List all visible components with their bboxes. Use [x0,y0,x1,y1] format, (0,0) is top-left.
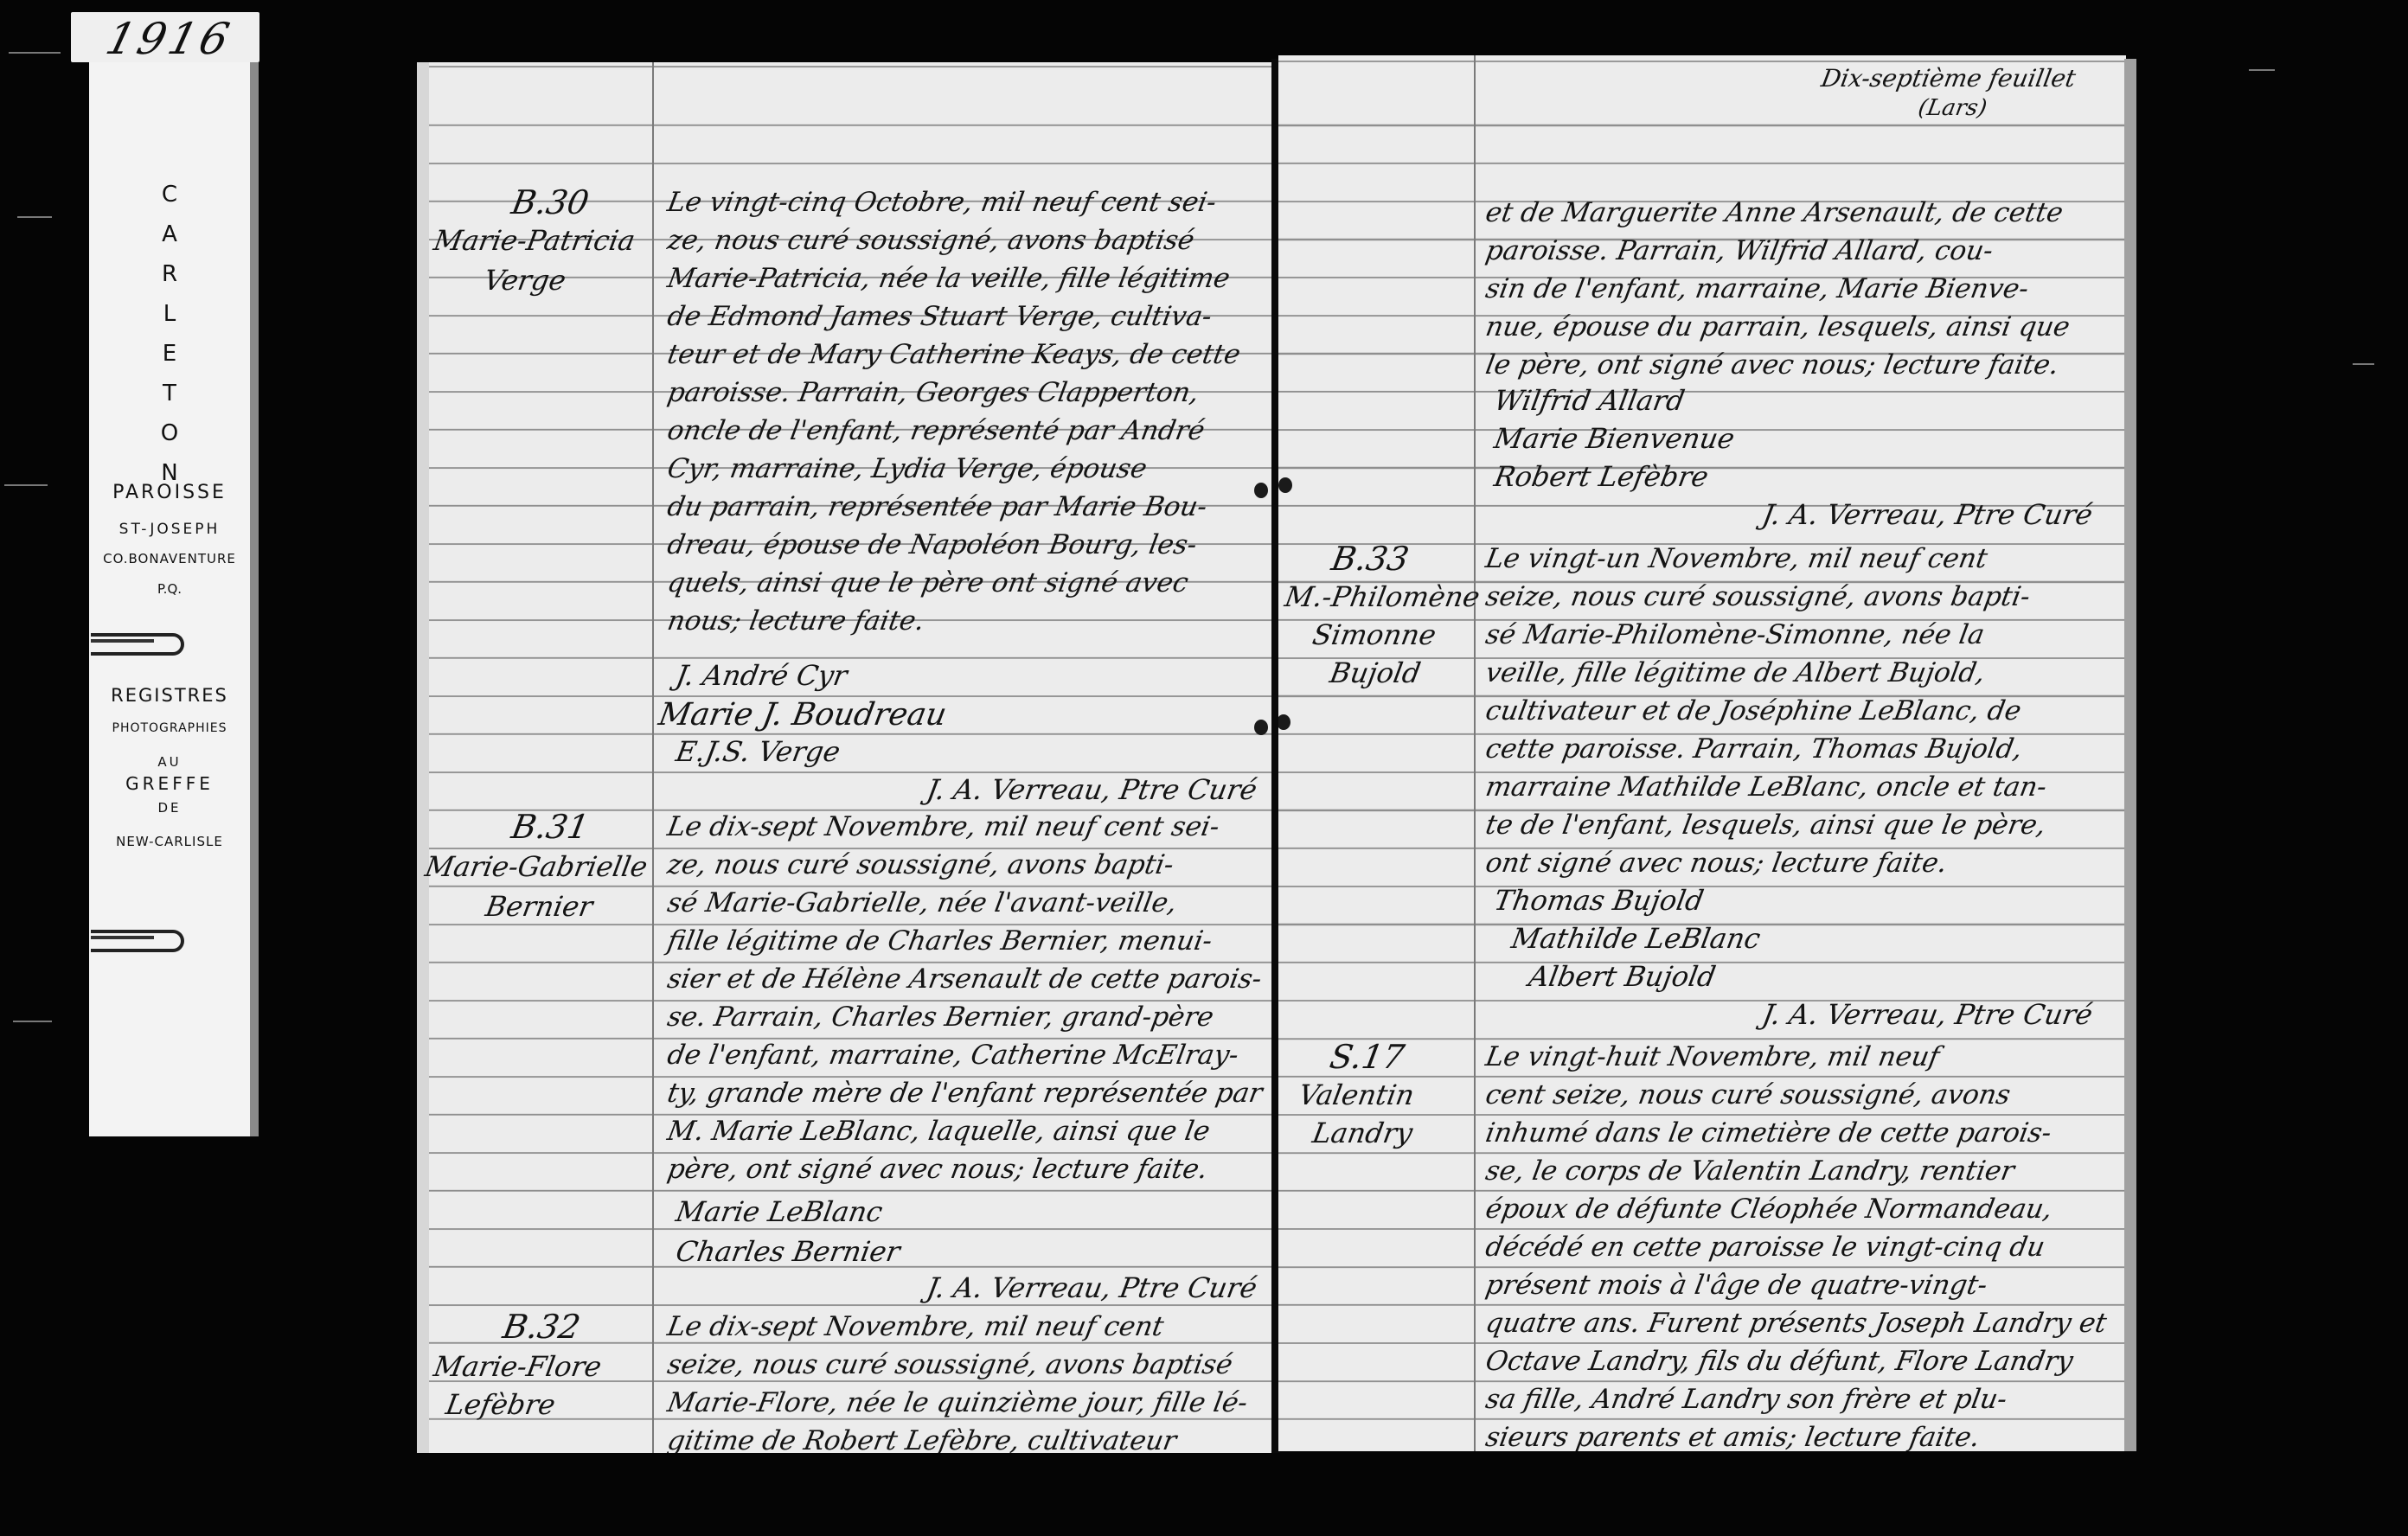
priest-signature: J. A. Verreau, Ptre Curé [925,773,1260,806]
register-text-line: Le vingt-huit Novembre, mil neuf [1483,1038,1942,1076]
signature: Charles Bernier [674,1235,903,1268]
margin-name: Marie-Patricia [431,221,638,259]
register-text-line: paroisse. Parrain, Georges Clapperton, [664,374,1201,412]
register-text-line: ty, grande mère de l'enfant représentée … [664,1074,1265,1112]
register-text-line: cette paroisse. Parrain, Thomas Bujold, [1483,730,2025,768]
register-text-line: ze, nous curé soussigné, avons baptisé [664,221,1197,259]
register-text-line: te de l'enfant, lesquels, ainsi que le p… [1483,806,2049,844]
vertical-letter: E [89,334,250,374]
register-text-line: seize, nous curé soussigné, avons baptis… [664,1346,1235,1384]
register-text-line: se. Parrain, Charles Bernier, grand-père [664,998,1216,1036]
paper-clip-icon [91,633,184,656]
film-scratch [17,216,52,218]
margin-rule [1474,55,1476,1451]
register-text-line: marraine Mathilde LeBlanc, oncle et tan- [1483,768,2050,806]
register-text-line: quels, ainsi que le père ont signé avec [664,564,1191,602]
signature: Marie J. Boudreau [656,697,949,733]
margin-name: Simonne [1310,616,1439,654]
register-text-line: Le vingt-cinq Octobre, mil neuf cent sei… [664,183,1220,221]
register-text-line: fille légitime de Charles Bernier, menui… [664,922,1215,960]
vertical-letter: L [89,294,250,334]
signature: Robert Lefèbre [1492,460,1711,493]
margin-name: Lefèbre [443,1386,558,1424]
priest-signature: J. A. Verreau, Ptre Curé [1760,498,2096,531]
archive-label-strip: CARLETON PAROISSE ST-JOSEPH CO.BONAVENTU… [89,62,259,1136]
entry-id: S.17 [1327,1038,1407,1076]
register-text-line: père, ont signé avec nous; lecture faite… [664,1150,1211,1188]
folio-note: Dix-septième feuillet [1819,64,2078,93]
signature: Albert Bujold [1527,960,1719,993]
registry-line-1: REGISTRES [89,685,250,706]
entry-id: B.32 [500,1308,583,1346]
ink-blot [1278,714,1290,730]
register-text-line: Marie-Patricia, née la veille, fille lég… [664,259,1233,298]
register-text-line: veille, fille légitime de Albert Bujold, [1483,654,1988,692]
paper-clip-icon [91,930,184,952]
margin-name: Bujold [1327,654,1424,692]
register-text-line: ont signé avec nous; lecture faite. [1483,844,1950,882]
film-scratch [4,484,48,486]
register-text-line: nue, épouse du parrain, lesquels, ainsi … [1483,308,2072,346]
entry-id: B.30 [509,183,592,221]
year-tag: 1916 [71,12,259,62]
register-text-line: paroisse. Parrain, Wilfrid Allard, cou- [1483,232,1996,270]
registry-line-5: DE [89,800,250,816]
signature: Thomas Bujold [1492,884,1707,917]
vertical-letter: C [89,175,250,214]
film-scratch [2353,363,2374,365]
film-scratch [2249,69,2275,71]
register-text-line: nous; lecture faite. [664,602,927,640]
county-name: CO.BONAVENTURE [89,551,250,566]
register-text-line: inhumé dans le cimetière de cette parois… [1483,1114,2054,1152]
ink-blot [1278,477,1292,493]
folio-note-sub: (Lars) [1916,95,1989,121]
signature: Marie Bienvenue [1492,422,1738,455]
priest-signature: J. A. Verreau, Ptre Curé [1760,998,2096,1031]
register-text-line: sieurs parents et amis; lecture faite. [1483,1418,1982,1451]
register-text-line: cent seize, nous curé soussigné, avons [1483,1076,2014,1114]
register-text-line: du parrain, représentée par Marie Bou- [664,488,1210,526]
signature: Mathilde LeBlanc [1509,922,1764,955]
register-text-line: Octave Landry, fils du défunt, Flore Lan… [1483,1342,2076,1380]
register-page-left: B.30 Marie-Patricia Verge J. André Cyr M… [417,62,1271,1453]
register-text-line: seize, nous curé soussigné, avons bapti- [1483,578,2033,616]
registry-line-4: GREFFE [89,773,250,794]
province-abbrev: P.Q. [89,581,250,597]
register-text-line: sin de l'enfant, marraine, Marie Bienve- [1483,270,2032,308]
register-text-line: et de Marguerite Anne Arsenault, de cett… [1483,194,2066,232]
register-text-line: le père, ont signé avec nous; lecture fa… [1483,346,2062,384]
register-text-line: sa fille, André Landry son frère et plu- [1483,1380,2010,1418]
register-text-line: cultivateur et de Joséphine LeBlanc, de [1483,692,2024,730]
ink-blot [1254,720,1268,735]
year-label: 1916 [101,14,238,64]
register-text-line: sier et de Hélène Arsenault de cette par… [664,960,1265,998]
margin-name: M.-Philomène [1282,578,1483,616]
page-edge [2124,59,2136,1451]
register-text-line: Le dix-sept Novembre, mil neuf cent [664,1308,1167,1346]
register-text-line: dreau, épouse de Napoléon Bourg, les- [664,526,1200,564]
register-text-line: de l'enfant, marraine, Catherine McElray… [664,1036,1241,1074]
register-text-line: teur et de Mary Catherine Keays, de cett… [664,336,1243,374]
register-text-line: gitime de Robert Lefèbre, cultivateur [664,1422,1180,1453]
parish-name: ST-JOSEPH [89,521,250,538]
register-text-line: décédé en cette paroisse le vingt-cinq d… [1483,1228,2047,1266]
signature: J. André Cyr [674,659,850,692]
register-text-line: se, le corps de Valentin Landry, rentier [1483,1152,2017,1190]
registry-line-6: NEW-CARLISLE [89,834,250,849]
register-text-line: Le dix-sept Novembre, mil neuf cent sei- [664,808,1222,846]
signature: Wilfrid Allard [1492,384,1688,417]
margin-name: Marie-Flore [431,1347,605,1386]
parish-town-vertical: CARLETON [89,175,250,493]
ink-blot [1254,483,1268,498]
vertical-letter: A [89,214,250,254]
register-text-line: quatre ans. Furent présents Joseph Landr… [1483,1304,2110,1342]
register-text-line: ze, nous curé soussigné, avons bapti- [664,846,1176,884]
parish-word: PAROISSE [89,482,250,503]
margin-rule [652,62,654,1453]
register-text-line: époux de défunte Cléophée Normandeau, [1483,1190,2055,1228]
registry-line-2: PHOTOGRAPHIES [89,721,250,735]
vertical-letter: O [89,413,250,453]
signature: Marie LeBlanc [674,1195,886,1228]
register-text-line: Le vingt-un Novembre, mil neuf cent [1483,540,1990,578]
entry-id: B.31 [509,808,592,846]
registry-line-3: AU [89,754,250,770]
film-scratch [9,52,61,54]
register-text-line: sé Marie-Gabrielle, née l'avant-veille, [664,884,1180,922]
margin-name: Landry [1310,1114,1416,1152]
signature: E.J.S. Verge [674,735,843,768]
vertical-letter: R [89,254,250,294]
register-text-line: présent mois à l'âge de quatre-vingt- [1483,1266,1990,1304]
register-text-line: sé Marie-Philomène-Simonne, née la [1483,616,1988,654]
margin-name: Bernier [483,887,596,925]
vertical-letter: T [89,374,250,413]
margin-name: Verge [481,261,569,299]
entry-id: B.33 [1329,540,1412,578]
margin-name: Valentin [1296,1076,1417,1114]
film-scratch [13,1021,52,1022]
margin-name: Marie-Gabrielle [422,848,650,886]
register-text-line: Marie-Flore, née le quinzième jour, fill… [664,1384,1251,1422]
register-text-line: Cyr, marraine, Lydia Verge, épouse [664,450,1150,488]
register-text-line: de Edmond James Stuart Verge, cultiva- [664,298,1214,336]
register-page-right: Dix-septième feuillet (Lars) Wilfrid All… [1278,55,2126,1451]
register-text-line: oncle de l'enfant, représenté par André [664,412,1207,450]
priest-signature: J. A. Verreau, Ptre Curé [925,1271,1260,1304]
register-text-line: M. Marie LeBlanc, laquelle, ainsi que le [664,1112,1213,1150]
